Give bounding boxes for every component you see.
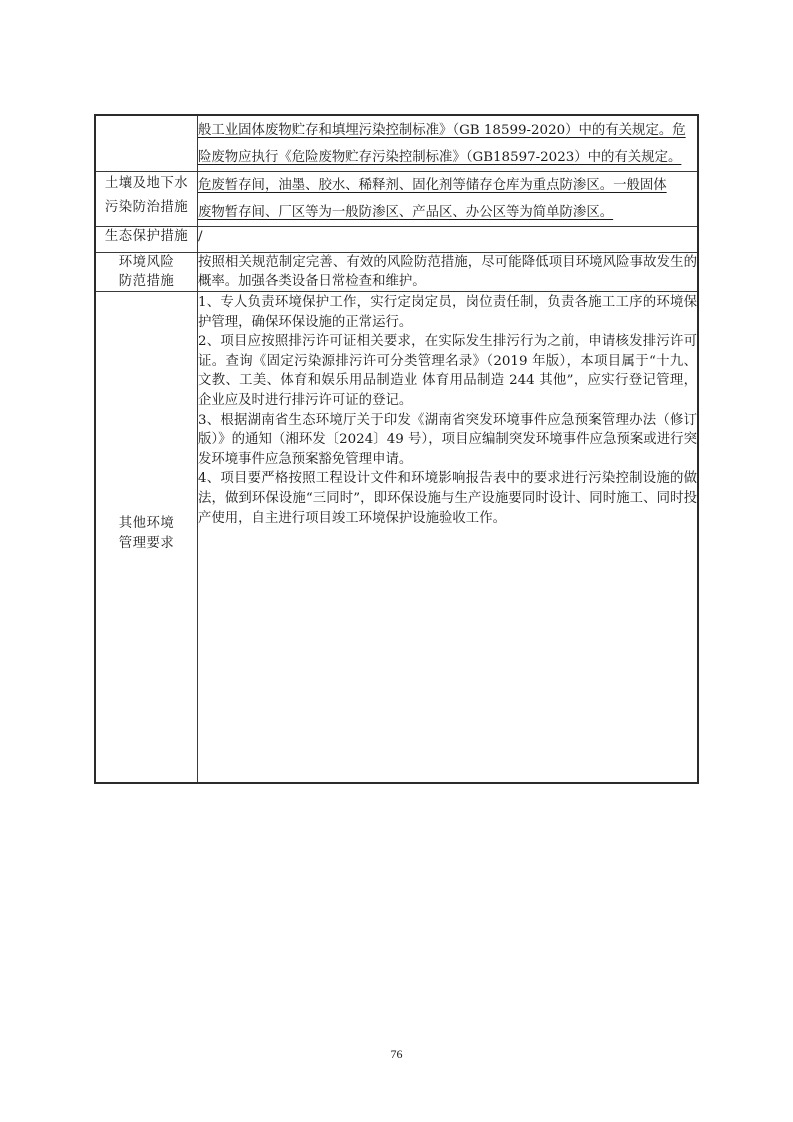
row-label-environmental-risk: 环境风险 防范措施	[95, 253, 198, 292]
label-line: 其他环境	[96, 514, 197, 534]
table-row-ecological-protection: 生态保护措施 /	[95, 227, 698, 253]
table-row-environmental-risk: 环境风险 防范措施 按照相关规范制定完善、有效的风险防范措施，尽可能降低项目环境…	[95, 253, 698, 292]
row-content-soil-groundwater: 危废暂存间，油墨、胶水、稀释剂、固化剂等储存仓库为重点防渗区。一般固体 废物暂存…	[198, 172, 699, 227]
requirement-paragraph-2: 2、项目应按照排污许可证相关要求，在实际发生排污行为之前，申请核发排污许可证。查…	[198, 332, 697, 410]
page-number: 76	[0, 1047, 793, 1062]
row-label-soil-groundwater: 土壤及地下水 污染防治措施	[95, 172, 198, 227]
content-line: 险废物应执行《危险废物贮存污染控制标准》（GB18597-2023）中的有关规定…	[198, 144, 697, 171]
label-line: 管理要求	[96, 534, 197, 554]
row-label-other-management: 其他环境 管理要求	[95, 292, 198, 783]
table-row-other-management: 其他环境 管理要求 1、专人负责环境保护工作，实行定岗定员，岗位责任制，负责各施…	[95, 292, 698, 783]
label-line: 环境风险	[96, 253, 197, 272]
content-line: 般工业固体废物贮存和填埋污染控制标准》（GB 18599-2020）中的有关规定…	[198, 117, 697, 144]
label-line: 生态保护措施	[96, 227, 197, 246]
row-content-other-management: 1、专人负责环境保护工作，实行定岗定员，岗位责任制，负责各施工工序的环境保护管理…	[198, 292, 699, 783]
row-content-solid-waste: 般工业固体废物贮存和填埋污染控制标准》（GB 18599-2020）中的有关规定…	[198, 115, 699, 172]
requirement-paragraph-4: 4、项目要严格按照工程设计文件和环境影响报告表中的要求进行污染控制设施的做法，做…	[198, 469, 697, 528]
requirement-paragraph-1: 1、专人负责环境保护工作，实行定岗定员，岗位责任制，负责各施工工序的环境保护管理…	[198, 293, 697, 332]
label-line: 防范措施	[96, 272, 197, 291]
row-content-ecological-protection: /	[198, 227, 699, 253]
label-line: 污染防治措施	[96, 196, 197, 220]
row-label-ecological-protection: 生态保护措施	[95, 227, 198, 253]
table-row-soil-groundwater: 土壤及地下水 污染防治措施 危废暂存间，油墨、胶水、稀释剂、固化剂等储存仓库为重…	[95, 172, 698, 227]
row-label-empty	[95, 115, 198, 172]
label-line: 土壤及地下水	[96, 172, 197, 196]
table-row-solid-waste-continuation: 般工业固体废物贮存和填埋污染控制标准》（GB 18599-2020）中的有关规定…	[95, 115, 698, 172]
content-line: 危废暂存间，油墨、胶水、稀释剂、固化剂等储存仓库为重点防渗区。一般固体	[198, 172, 697, 199]
content-line: 废物暂存间、厂区等为一般防渗区、产品区、办公区等为简单防渗区。	[198, 199, 697, 226]
row-content-environmental-risk: 按照相关规范制定完善、有效的风险防范措施，尽可能降低项目环境风险事故发生的概率。…	[198, 253, 699, 292]
document-page: 般工业固体废物贮存和填埋污染控制标准》（GB 18599-2020）中的有关规定…	[0, 0, 793, 1122]
environmental-measures-table: 般工业固体废物贮存和填埋污染控制标准》（GB 18599-2020）中的有关规定…	[94, 114, 699, 784]
requirement-paragraph-3: 3、根据湖南省生态环境厅关于印发《湖南省突发环境事件应急预案管理办法（修订版）》…	[198, 411, 697, 470]
